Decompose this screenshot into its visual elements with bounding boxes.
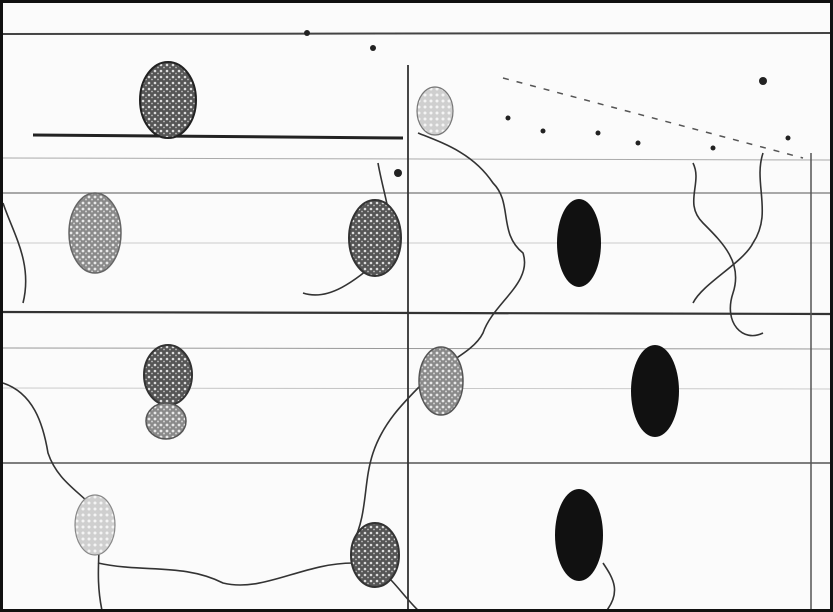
oval-marker (417, 87, 453, 135)
map-canvas (3, 3, 833, 612)
scatter-dots (304, 30, 791, 177)
oval-marker (351, 523, 399, 587)
oval-marker (419, 347, 463, 415)
oval-marker (69, 193, 121, 273)
oval-marker (555, 489, 603, 581)
oval-marker (140, 62, 196, 138)
oval-markers (69, 62, 679, 587)
oval-marker (146, 403, 186, 439)
oval-marker (349, 200, 401, 276)
oval-marker (557, 199, 601, 287)
oval-marker (75, 495, 115, 555)
oval-marker (631, 345, 679, 437)
oval-marker (144, 345, 192, 405)
historical-map (0, 0, 833, 612)
